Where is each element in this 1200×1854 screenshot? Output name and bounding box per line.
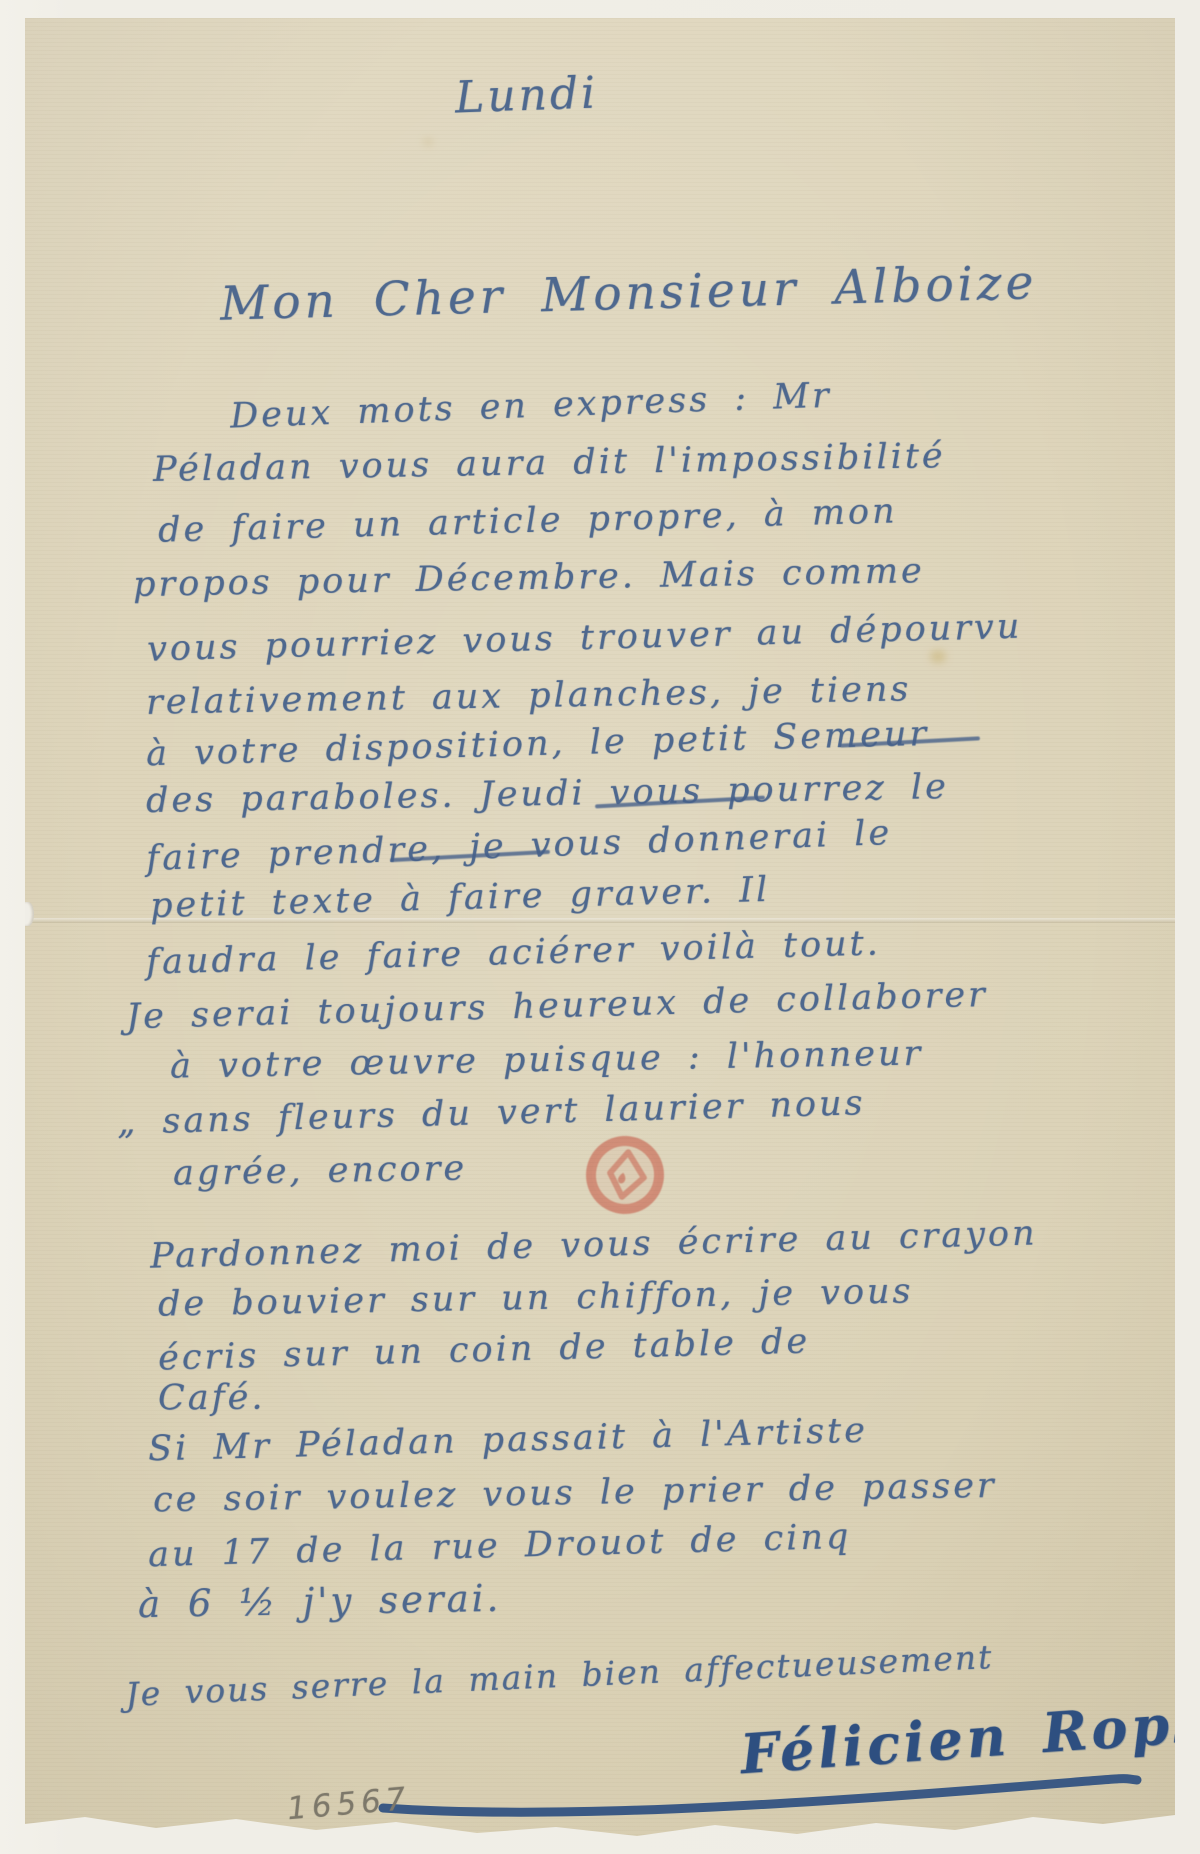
signature-flourish-underline bbox=[375, 1766, 1145, 1821]
handwritten-line: faudra le faire aciérer voilà tout. bbox=[146, 923, 882, 982]
handwritten-line: des paraboles. Jeudi vous pourrez le bbox=[146, 767, 949, 821]
handwritten-line: „ sans fleurs du vert laurier nous bbox=[117, 1083, 866, 1143]
handwritten-line: de faire un article propre, à mon bbox=[158, 491, 898, 550]
letter-paper: Lundi Mon Cher Monsieur Alboize Deux mot… bbox=[25, 18, 1175, 1840]
handwritten-line: vous pourriez vous trouver au dépourvu bbox=[147, 607, 1023, 670]
handwritten-line: au 17 de la rue Drouot de cinq bbox=[148, 1517, 852, 1575]
handwritten-line: Café. bbox=[158, 1378, 266, 1419]
letter-salutation: Mon Cher Monsieur Alboize bbox=[219, 255, 1038, 331]
handwritten-line: Pardonnez moi de vous écrire au crayon bbox=[150, 1213, 1038, 1276]
handwritten-line: Si Mr Péladan passait à l'Artiste bbox=[148, 1411, 869, 1470]
handwritten-line: propos pour Décembre. Mais comme bbox=[133, 551, 925, 605]
handwritten-line: Deux mots en express : Mr bbox=[229, 376, 832, 437]
handwritten-line: agrée, encore bbox=[173, 1148, 468, 1193]
handwritten-line: Je serai toujours heureux de collaborer bbox=[126, 975, 989, 1038]
paper-stain bbox=[423, 138, 433, 146]
handwritten-line: relativement aux planches, je tiens bbox=[146, 669, 912, 722]
paper-stain bbox=[930, 650, 946, 663]
letter-day-heading: Lundi bbox=[454, 68, 599, 124]
handwritten-line: faire prendre, je vous donnerai le bbox=[146, 813, 893, 879]
handwritten-line: de bouvier sur un chiffon, je vous bbox=[158, 1271, 914, 1324]
red-collection-stamp bbox=[578, 1128, 673, 1223]
handwritten-line: ce soir voulez vous le prier de passer bbox=[153, 1466, 997, 1521]
paper-tear-notch bbox=[23, 902, 34, 926]
handwritten-line: écris sur un coin de table de bbox=[158, 1321, 811, 1378]
handwritten-line: à votre œuvre puisque : l'honneur bbox=[170, 1033, 924, 1086]
handwritten-line: à 6 ½ j'y serai. bbox=[138, 1577, 502, 1626]
letter-closing: Je vous serre la main bien affectueuseme… bbox=[125, 1637, 994, 1714]
handwritten-line: Péladan vous aura dit l'impossibilité bbox=[153, 436, 946, 490]
scanned-letter-background: Lundi Mon Cher Monsieur Alboize Deux mot… bbox=[0, 0, 1200, 1854]
handwritten-line: à votre disposition, le petit Semeur bbox=[146, 714, 930, 774]
